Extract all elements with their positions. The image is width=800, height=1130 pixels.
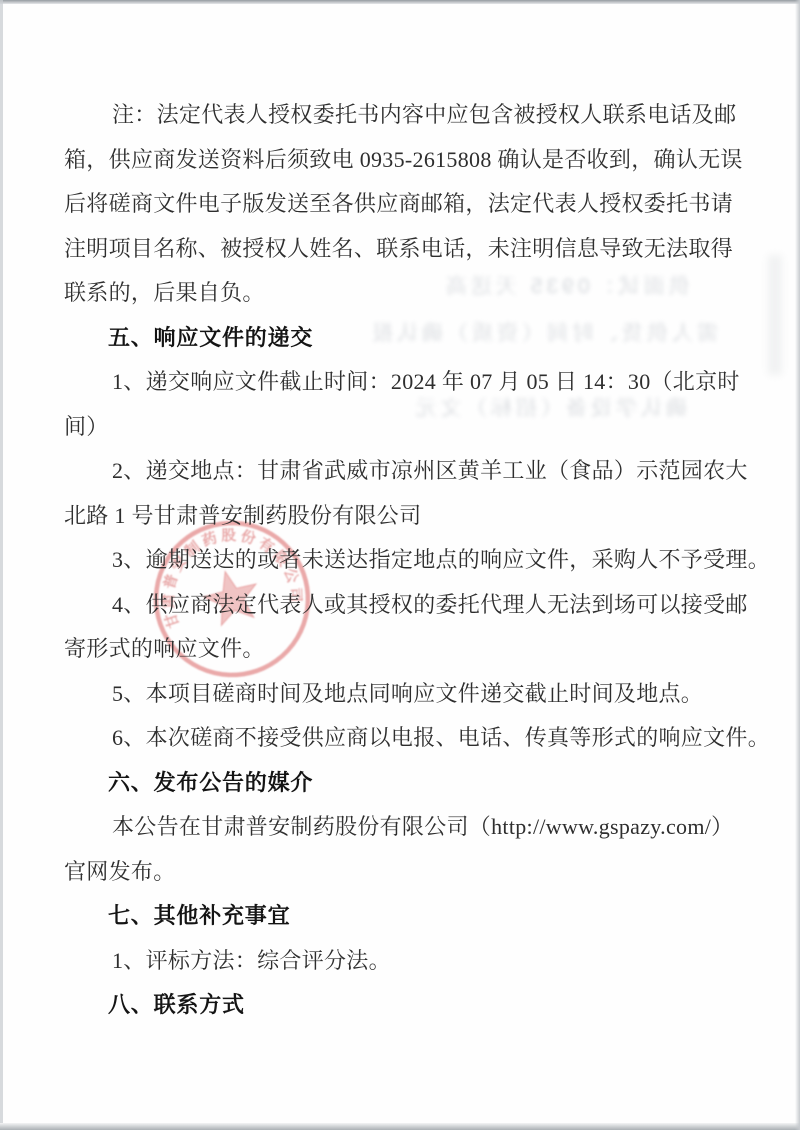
scanned-document-page: 供面试：0935 天送高 需人供货、时间（资质）确认报 确认学设备（招标）文元 … [0, 0, 800, 1130]
section-6-item-line: 官网发布。 [64, 850, 754, 895]
section-5-item-line: 1、递交响应文件截止时间：2024 年 07 月 05 日 14：30（北京时 [64, 360, 754, 405]
scan-edge-left [0, 0, 3, 1130]
section-8-heading: 八、联系方式 [64, 983, 754, 1028]
section-6-heading: 六、发布公告的媒介 [64, 761, 754, 806]
scan-edge-right [795, 0, 800, 1130]
section-5-heading: 五、响应文件的递交 [64, 316, 754, 361]
scan-edge-top [0, 0, 800, 4]
section-7-heading: 七、其他补充事宜 [64, 894, 754, 939]
section-5-item-line: 4、供应商法定代表人或其授权的委托代理人无法到场可以接受邮 [64, 583, 754, 628]
section-5-item-line: 寄形式的响应文件。 [64, 627, 754, 672]
section-5-item-line: 3、逾期送达的或者未送达指定地点的响应文件，采购人不予受理。 [64, 538, 754, 583]
note-paragraph-line: 箱，供应商发送资料后须致电 0935-2615808 确认是否收到，确认无误 [64, 138, 754, 183]
note-paragraph-line: 注：法定代表人授权委托书内容中应包含被授权人联系电话及邮 [64, 93, 754, 138]
section-5-item-line: 6、本次磋商不接受供应商以电报、电话、传真等形式的响应文件。 [64, 716, 754, 761]
document-text-block: 注：法定代表人授权委托书内容中应包含被授权人联系电话及邮 箱，供应商发送资料后须… [64, 93, 754, 1028]
section-5-item-line: 北路 1 号甘肃普安制药股份有限公司 [64, 494, 754, 539]
note-paragraph-line: 注明项目名称、被授权人姓名、联系电话，未注明信息导致无法取得 [64, 227, 754, 272]
section-5-item-line: 5、本项目磋商时间及地点同响应文件递交截止时间及地点。 [64, 672, 754, 717]
note-paragraph-line: 后将磋商文件电子版发送至各供应商邮箱，法定代表人授权委托书请 [64, 182, 754, 227]
section-5-item-line: 间） [64, 405, 754, 450]
section-6-item-line: 本公告在甘肃普安制药股份有限公司（http://www.gspazy.com/） [64, 805, 754, 850]
scan-edge-bottom [0, 1123, 800, 1130]
section-7-item-line: 1、评标方法：综合评分法。 [64, 939, 754, 984]
scan-shadow-streak [768, 255, 782, 375]
section-5-item-line: 2、递交地点：甘肃省武威市凉州区黄羊工业（食品）示范园农大 [64, 449, 754, 494]
note-paragraph-line: 联系的，后果自负。 [64, 271, 754, 316]
